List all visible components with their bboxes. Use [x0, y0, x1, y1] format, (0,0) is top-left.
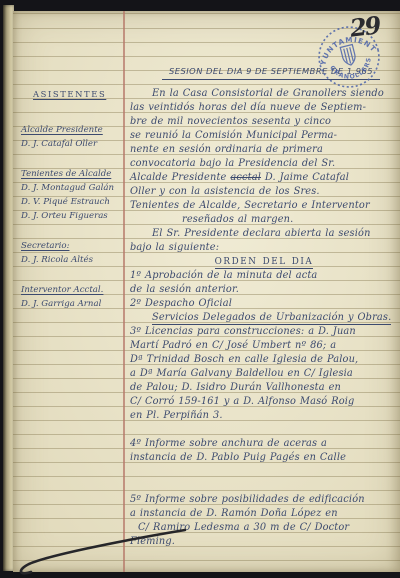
text-line: 5º Informe sobre posibilidades de edific…	[130, 493, 398, 507]
text-line: ORDEN DEL DIA	[130, 255, 398, 269]
text-line: 2º Despacho Oficial	[130, 297, 398, 311]
text-line	[130, 479, 398, 493]
text-line: bre de mil novecientos sesenta y cinco	[130, 115, 398, 129]
attendee-role: Secretario:	[21, 239, 121, 253]
pen-stroke	[13, 516, 193, 576]
text-line: convocatoria bajo la Presidencia del Sr.	[130, 157, 398, 171]
attendee-name: D. J. Orteu Figueras	[21, 209, 121, 223]
scan-frame: 29 AYUNTAMIENTO GRANOLLERS SESION DEL DI…	[0, 0, 400, 578]
attendees-heading: ASISTENTES	[33, 87, 121, 101]
page-number: 29	[349, 13, 381, 40]
attendee-name: D. J. Garriga Arnal	[21, 297, 121, 311]
minutes-page: 29 AYUNTAMIENTO GRANOLLERS SESION DEL DI…	[13, 11, 400, 572]
text-line: Alcalde Presidente acctal D. Jaime Cataf…	[130, 171, 398, 185]
text-line: en Pl. Perpiñán 3.	[130, 409, 398, 423]
text-line: Dª Trinidad Bosch en calle Iglesia de Pa…	[130, 353, 398, 367]
attendees-sidebar: ASISTENTES Alcalde PresidenteD. J. Cataf…	[21, 87, 121, 311]
text-line: 4º Informe sobre anchura de aceras a	[130, 437, 398, 451]
struck-word: acctal	[230, 172, 261, 183]
text-line: reseñados al margen.	[130, 213, 398, 227]
text-line: 1º Aprobación de la minuta del acta	[130, 269, 398, 283]
text-line: instancia de D. Pablo Puig Pagés en Call…	[130, 451, 398, 465]
stamp-crest	[340, 44, 357, 66]
attendee-name: D. J. Montagud Galán	[21, 181, 121, 195]
text-line	[130, 465, 398, 479]
sidebar-group: Secretario:D. J. Ricola Altés	[21, 239, 121, 267]
sidebar-group: Alcalde PresidenteD. J. Catafal Oller	[21, 123, 121, 151]
text-line: se reunió la Comisión Municipal Perma-	[130, 129, 398, 143]
attendee-role: Tenientes de Alcalde	[21, 167, 121, 181]
body-lines: En la Casa Consistorial de Granollers si…	[130, 87, 398, 549]
attendee-name: D. J. Catafal Oller	[21, 137, 121, 151]
attendee-name: D. V. Piqué Estrauch	[21, 195, 121, 209]
attendee-role: Alcalde Presidente	[21, 123, 121, 137]
text-line: En la Casa Consistorial de Granollers si…	[130, 87, 398, 101]
text-line: 3º Licencias para construcciones: a D. J…	[130, 325, 398, 339]
text-line: El Sr. Presidente declara abierta la ses…	[130, 227, 398, 241]
text-line: Oller y con la asistencia de los Sres.	[130, 185, 398, 199]
text-line: Servicios Delegados de Urbanización y Ob…	[130, 311, 398, 325]
text-line: C/ Corró 159-161 y a D. Alfonso Masó Roi…	[130, 395, 398, 409]
margin-rule	[123, 11, 125, 572]
text-line	[130, 423, 398, 437]
text-line: de la sesión anterior.	[130, 283, 398, 297]
text-line: de Palou; D. Isidro Durán Vallhonesta en	[130, 381, 398, 395]
sidebar-group: Tenientes de AlcaldeD. J. Montagud Galán…	[21, 167, 121, 223]
text-line: Martí Padró en C/ José Umbert nº 86; a	[130, 339, 398, 353]
text-line: nente en sesión ordinaria de primera	[130, 143, 398, 157]
text-line: Tenientes de Alcalde, Secretario e Inter…	[130, 199, 398, 213]
text-line: bajo la siguiente:	[130, 241, 398, 255]
sidebar-groups: Alcalde PresidenteD. J. Catafal OllerTen…	[21, 123, 121, 311]
attendee-name: D. J. Ricola Altés	[21, 253, 121, 267]
sidebar-group: Interventor Acctal.D. J. Garriga Arnal	[21, 283, 121, 311]
text-line: las veintidós horas del día nueve de Sep…	[130, 101, 398, 115]
attendee-role: Interventor Acctal.	[21, 283, 121, 297]
text-line: a Dª María Galvany Baldellou en C/ Igles…	[130, 367, 398, 381]
